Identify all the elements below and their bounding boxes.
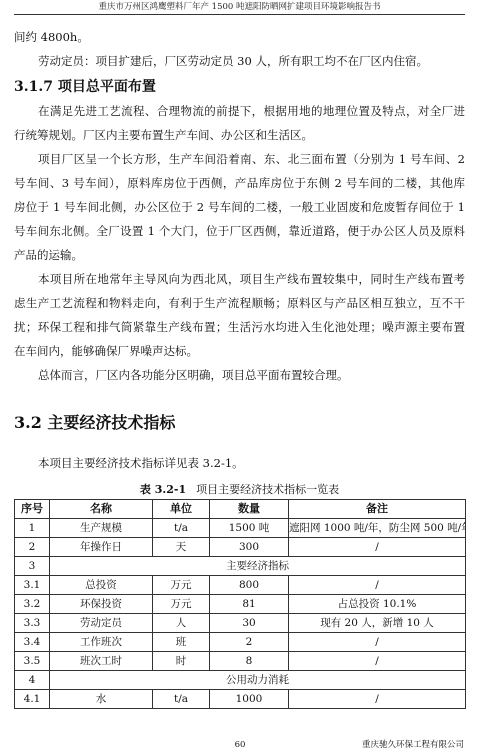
cell-unit: t/a	[153, 690, 210, 709]
cell-note: /	[289, 538, 466, 557]
table-caption-number: 表 3.2-1	[140, 483, 186, 496]
cell-qty: 2	[210, 633, 289, 652]
cell-qty: 300	[210, 538, 289, 557]
table-row: 4.1 水 t/a 1000 /	[15, 690, 466, 709]
cell-name: 工作班次	[50, 633, 153, 652]
footer-company: 重庆驰久环保工程有限公司	[330, 738, 464, 752]
cell-note: /	[289, 576, 466, 595]
cell-no: 3	[15, 557, 50, 576]
cell-no: 3.2	[15, 595, 50, 614]
cell-no: 3.3	[15, 614, 50, 633]
body-line: 号车间、3 号车间），原料库房位于西侧，产品库房位于东侧 2 号车间的二楼，其他…	[14, 171, 465, 195]
body-line: 本项目主要经济技术指标详见表 3.2-1。	[14, 451, 465, 475]
section-heading-3-2: 3.2 主要经济技术指标	[14, 411, 175, 435]
cell-name: 劳动定员	[50, 614, 153, 633]
cell-qty: 8	[210, 652, 289, 671]
table-group-row: 3 主要经济指标	[15, 557, 466, 576]
cell-note: /	[289, 690, 466, 709]
cell-group-label: 公用动力消耗	[50, 671, 466, 690]
cell-qty: 1500 吨	[210, 519, 289, 538]
cell-unit: 时	[153, 652, 210, 671]
column-header-unit: 单位	[153, 500, 210, 519]
body-line: 行统筹规划。厂区内主要布置生产车间、办公区和生活区。	[14, 123, 465, 147]
body-line: 在满足先进工艺流程、合理物流的前提下，根据用地的地理位置及特点，对全厂进	[14, 99, 465, 123]
column-header-qty: 数量	[210, 500, 289, 519]
table-caption: 表 3.2-1项目主要经济技术指标一览表	[14, 483, 465, 497]
cell-name: 水	[50, 690, 153, 709]
cell-group-label: 主要经济指标	[50, 557, 466, 576]
body-line: 房位于 1 号车间北侧，办公区位于 2 号车间的二楼，一般工业固废和危废暂存间位…	[14, 195, 465, 219]
header-divider	[14, 14, 465, 15]
body-line: 本项目所在地常年主导风向为西北风，项目生产线布置较集中，同时生产线布置考	[14, 267, 465, 291]
cell-unit: 万元	[153, 595, 210, 614]
body-line: 产品的运输。	[14, 243, 465, 267]
table-group-row: 4 公用动力消耗	[15, 671, 466, 690]
body-line: 在车间内，能够确保厂界噪声达标。	[14, 339, 465, 363]
table-row: 3.1 总投资 万元 800 /	[15, 576, 466, 595]
table-caption-title: 项目主要经济技术指标一览表	[196, 483, 339, 496]
cell-no: 3.1	[15, 576, 50, 595]
running-header: 重庆市万州区鸿鹰塑料厂年产 1500 吨遮阳防晒网扩建项目环境影响报告书	[14, 1, 465, 13]
cell-qty: 30	[210, 614, 289, 633]
cell-no: 3.4	[15, 633, 50, 652]
body-line: 总体而言，厂区内各功能分区明确，项目总平面布置较合理。	[14, 363, 465, 387]
cell-qty: 1000	[210, 690, 289, 709]
cell-note: 现有 20 人，新增 10 人	[289, 614, 466, 633]
table-row: 3.3 劳动定员 人 30 现有 20 人，新增 10 人	[15, 614, 466, 633]
cell-note: 占总投资 10.1%	[289, 595, 466, 614]
cell-name: 生产规模	[50, 519, 153, 538]
cell-note: 遮阳网 1000 吨/年，防尘网 500 吨/年	[289, 519, 466, 538]
cell-name: 总投资	[50, 576, 153, 595]
column-header-note: 备注	[289, 500, 466, 519]
cell-no: 4	[15, 671, 50, 690]
body-line: 号车间东北侧。全厂设置 1 个大门，位于厂区西侧，靠近道路，便于办公区人员及原料	[14, 219, 465, 243]
body-line: 劳动定员：项目扩建后，厂区劳动定员 30 人，所有职工均不在厂区内住宿。	[14, 49, 465, 73]
cell-unit: 万元	[153, 576, 210, 595]
body-line: 间约 4800h。	[14, 25, 465, 49]
table-row: 3.2 环保投资 万元 81 占总投资 10.1%	[15, 595, 466, 614]
body-line: 扰；环保工程和排气筒紧靠生产线布置；生活污水均进入生化池处理；噪声源主要布置	[14, 315, 465, 339]
table-row: 3.5 班次工时 时 8 /	[15, 652, 466, 671]
cell-qty: 800	[210, 576, 289, 595]
cell-no: 2	[15, 538, 50, 557]
body-line: 虑生产工艺流程和物料走向，有利于生产流程顺畅；原料区与产品区相互独立，互不干	[14, 291, 465, 315]
cell-name: 环保投资	[50, 595, 153, 614]
body-line: 项目厂区呈一个长方形，生产车间沿着南、东、北三面布置（分别为 1 号车间、2	[14, 147, 465, 171]
cell-name: 班次工时	[50, 652, 153, 671]
cell-unit: 天	[153, 538, 210, 557]
table-row: 3.4 工作班次 班 2 /	[15, 633, 466, 652]
section-heading-3-1-7: 3.1.7 项目总平面布置	[14, 77, 156, 97]
cell-no: 1	[15, 519, 50, 538]
cell-note: /	[289, 652, 466, 671]
cell-no: 4.1	[15, 690, 50, 709]
table-header-row: 序号 名称 单位 数量 备注	[15, 500, 466, 519]
page-number: 60	[220, 738, 260, 752]
document-page: 重庆市万州区鸿鹰塑料厂年产 1500 吨遮阳防晒网扩建项目环境影响报告书 间约 …	[0, 0, 486, 752]
column-header-name: 名称	[50, 500, 153, 519]
cell-name: 年操作日	[50, 538, 153, 557]
cell-unit: 人	[153, 614, 210, 633]
table-row: 1 生产规模 t/a 1500 吨 遮阳网 1000 吨/年，防尘网 500 吨…	[15, 519, 466, 538]
cell-unit: t/a	[153, 519, 210, 538]
table-row: 2 年操作日 天 300 /	[15, 538, 466, 557]
cell-note: /	[289, 633, 466, 652]
cell-no: 3.5	[15, 652, 50, 671]
cell-unit: 班	[153, 633, 210, 652]
indicators-table: 序号 名称 单位 数量 备注 1 生产规模 t/a 1500 吨 遮阳网 100…	[14, 499, 466, 709]
cell-qty: 81	[210, 595, 289, 614]
column-header-no: 序号	[15, 500, 50, 519]
